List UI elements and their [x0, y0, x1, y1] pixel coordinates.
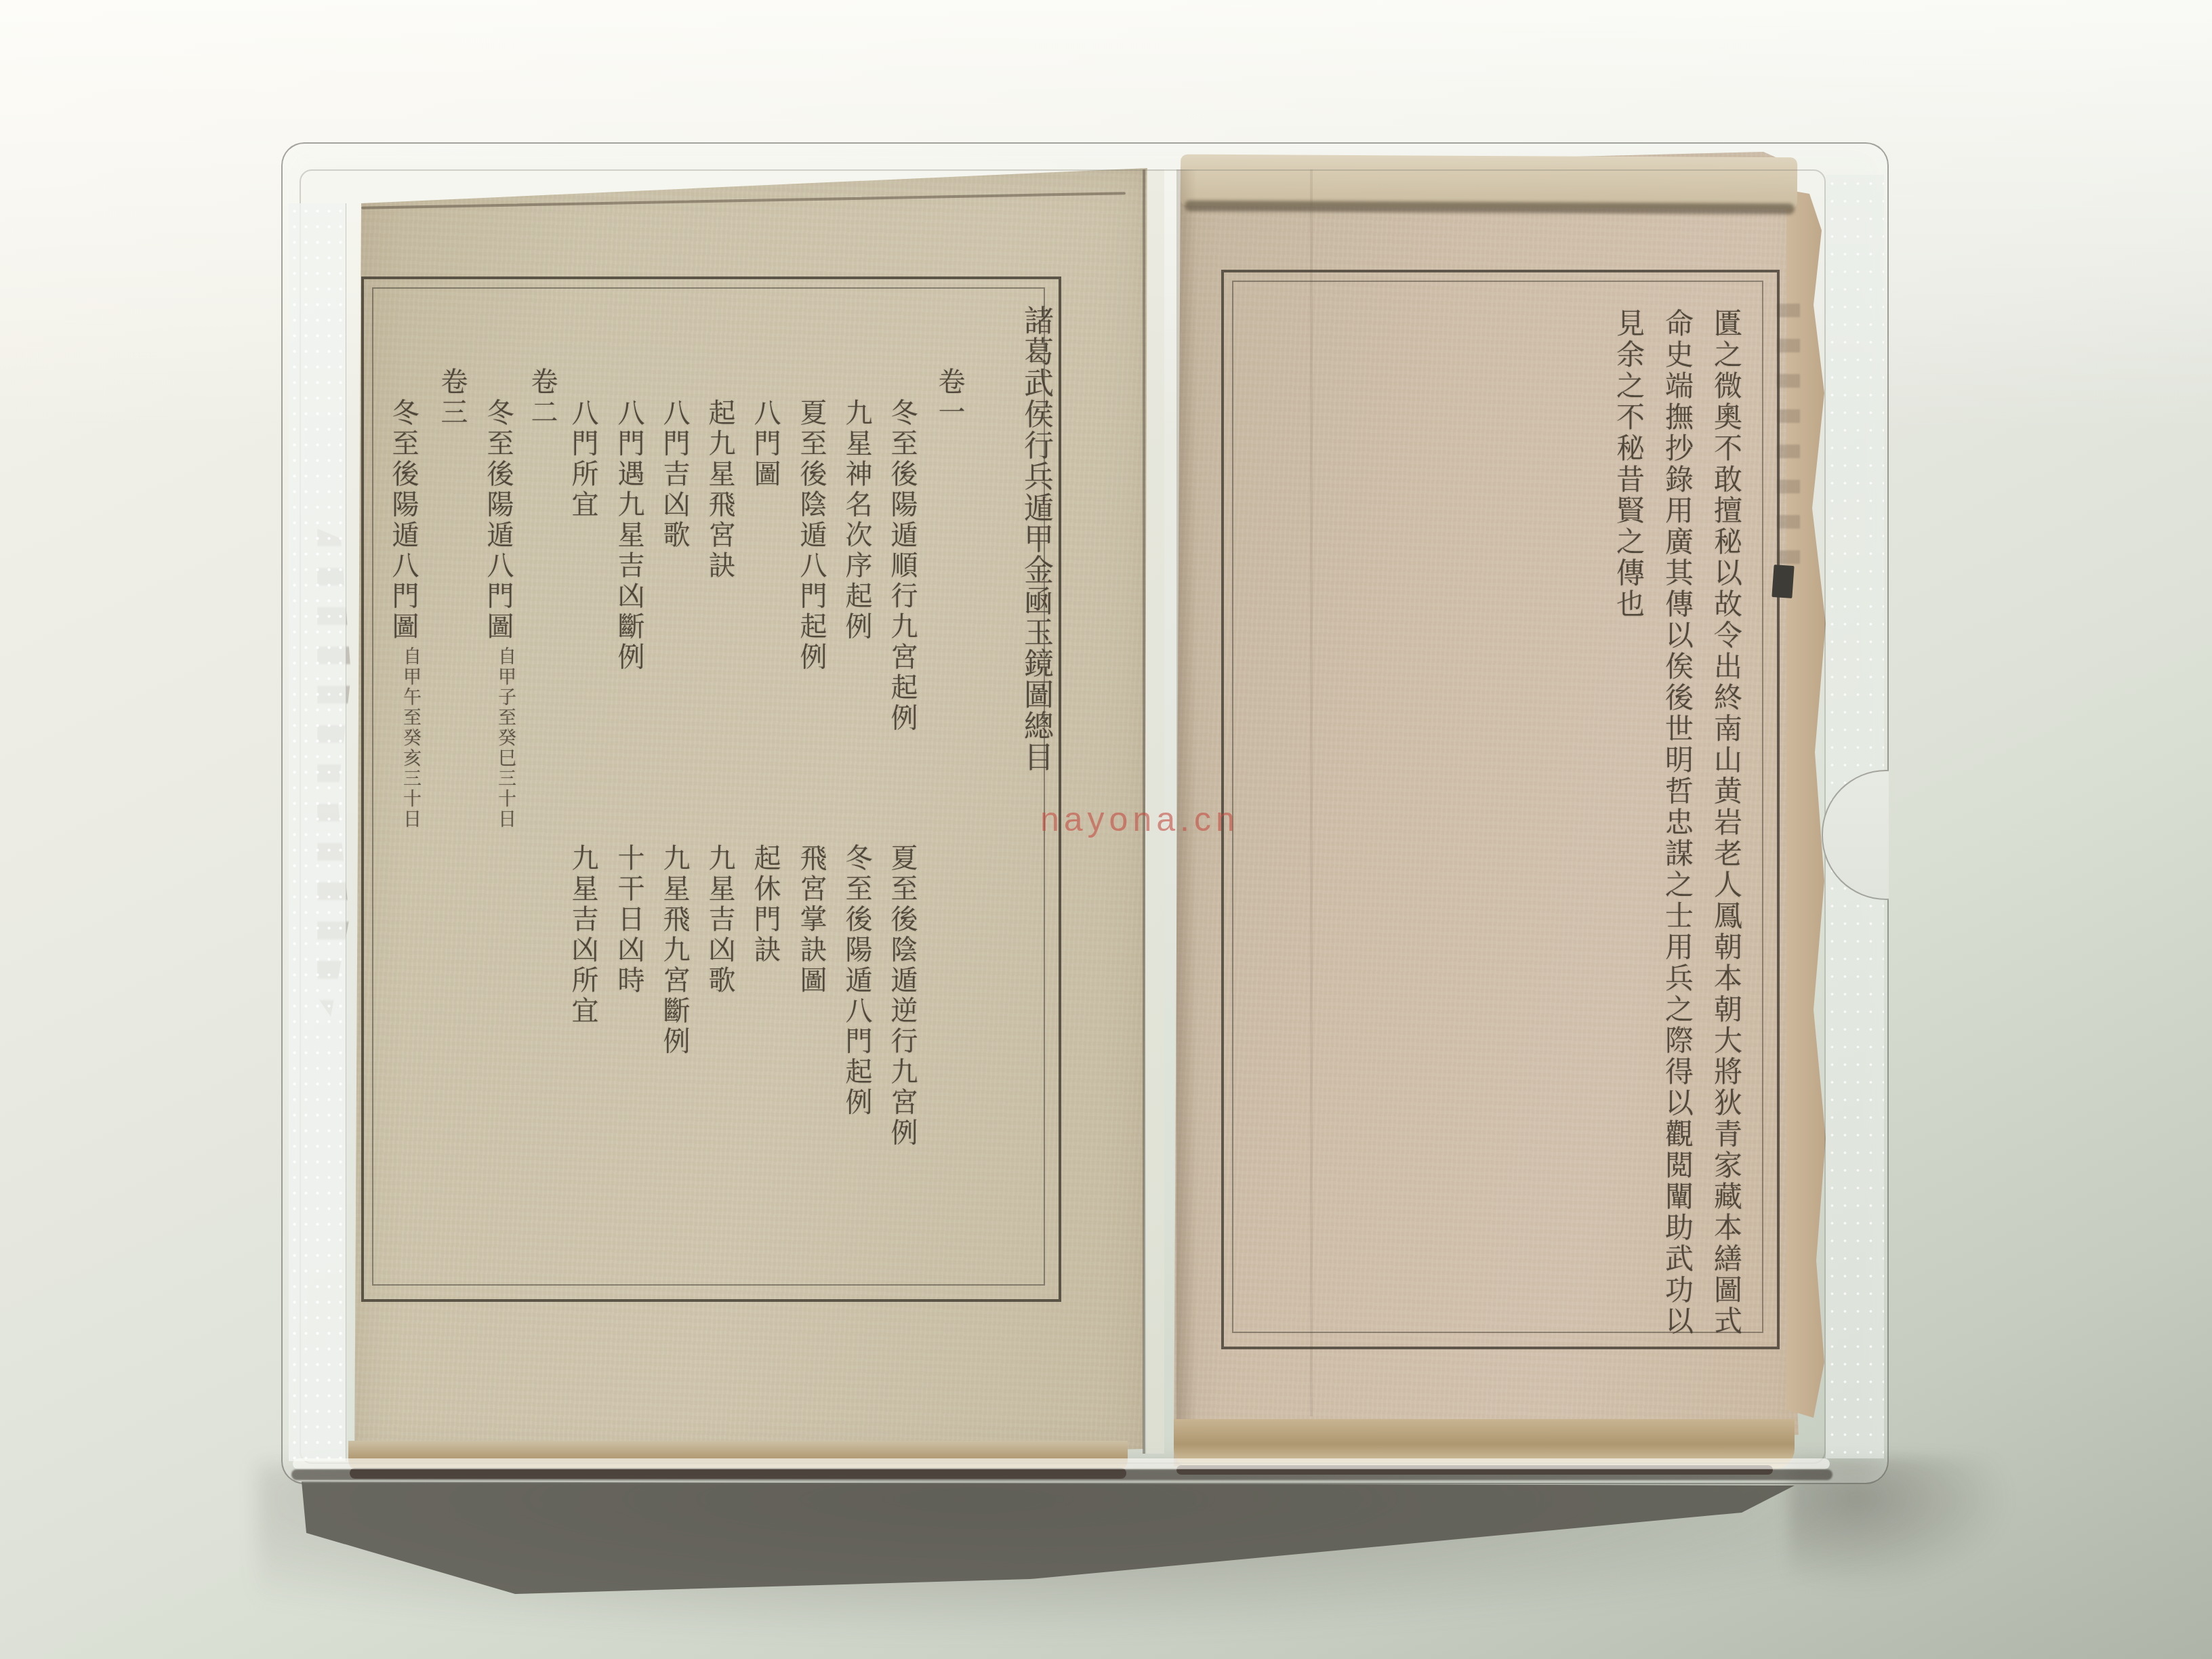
- toc-entry-column: 九星飛九宮斷例: [661, 844, 694, 1057]
- toc-entry-column: 九星吉凶歌: [707, 844, 739, 996]
- toc-entry-note: 自甲午至癸亥三十日: [401, 647, 421, 829]
- toc-entry-column: 十干日凶時: [616, 844, 649, 996]
- toc-volume-label: 卷三: [439, 367, 472, 428]
- slipcase-bottom-edge: [291, 1469, 1832, 1480]
- toc-entry-column: 夏至後陰遁逆行九宮例: [889, 844, 922, 1149]
- toc-entry-note: 自甲子至癸巳三十日: [495, 647, 516, 829]
- toc-entry-text: 冬至後陽遁八門圖: [483, 398, 514, 642]
- toc-entry-column: 夏至後陰遁八門起例: [798, 398, 831, 673]
- toc-volume-label: 卷一: [937, 367, 969, 428]
- toc-entry-column: 八門遇九星吉凶斷例: [616, 398, 649, 673]
- fore-edge-fragments: [1777, 304, 1800, 568]
- toc-title-column: 諸葛武侯行兵遁甲金凾玉鏡圖總目: [1023, 305, 1057, 773]
- toc-entry-column: 九星神名次序起例: [844, 398, 876, 642]
- fore-edge-ink-mark: [1771, 565, 1794, 598]
- photo-scene: 諸葛武侯行兵遁甲金凾玉鏡圖總目 卷一 冬至後陽遁順行九宮起例 九星神名次序起例 …: [0, 0, 2212, 1659]
- text-column: 命史端撫抄錄用廣其傳以俟後世明哲忠謀之士用兵之際得以觀閲闡助武功以: [1662, 308, 1697, 1337]
- toc-entry-column: 冬至後陽遁八門圖自甲午至癸亥三十日: [390, 398, 423, 825]
- text-column: 見余之不秘昔賢之傳也: [1613, 308, 1648, 620]
- slipcase-bottom-highlight: [293, 1458, 1830, 1469]
- toc-entry-column: 八門吉凶歌: [661, 398, 694, 551]
- right-page-crease: [1310, 169, 1313, 1416]
- toc-volume-label: 卷二: [529, 367, 562, 428]
- watermark: nayona.cn: [1040, 800, 1240, 839]
- toc-entry-column: 冬至後陽遁八門圖自甲子至癸巳三十日: [485, 398, 518, 825]
- toc-entry-column: 八門圖: [752, 398, 785, 490]
- toc-entry-column: 冬至後陽遁八門起例: [844, 844, 876, 1118]
- text-column: 匱之微奧不敢擅秘以故令出終南山黄岩老人鳳朝本朝大將狄青家藏本繕圖式: [1711, 308, 1746, 1337]
- toc-entry-column: 八門所宜: [570, 398, 602, 520]
- toc-entry-column: 起九星飛宮訣: [707, 398, 739, 581]
- toc-entry-column: 冬至後陽遁順行九宮起例: [889, 398, 922, 734]
- toc-entry-column: 九星吉凶所宜: [570, 844, 602, 1027]
- slipcase-left-wall: [289, 203, 346, 1461]
- toc-entry-text: 冬至後陽遁八門圖: [388, 398, 419, 642]
- toc-entry-column: 飛宮掌訣圖: [798, 844, 831, 996]
- toc-entry-column: 起休門訣: [752, 844, 785, 966]
